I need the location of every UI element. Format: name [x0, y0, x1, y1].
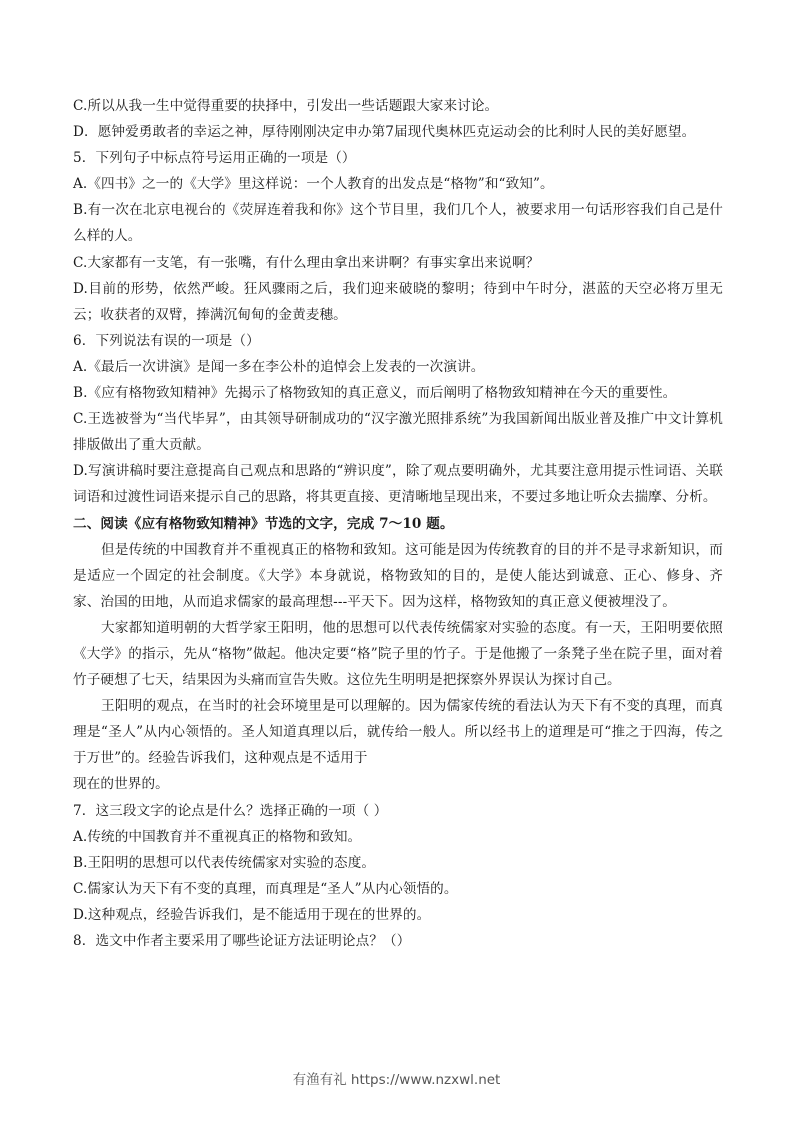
q5-stem: 5．下列句子中标点符号运用正确的一项是（） — [73, 145, 723, 171]
q6-option-a: A.《最后一次讲演》是闻一多在李公朴的追悼会上发表的一次演讲。 — [73, 354, 723, 380]
q4-option-c: C.所以从我一生中觉得重要的抉择中，引发出一些话题跟大家来讨论。 — [73, 93, 723, 119]
q7-option-c: C.儒家认为天下有不变的真理，而真理是“圣人”从内心领悟的。 — [73, 876, 723, 902]
q4-option-d: D．愿钟爱勇敢者的幸运之神，厚待刚刚决定申办第7届现代奥林匹克运动会的比利时人民… — [73, 119, 723, 145]
passage-paragraph-1: 但是传统的中国教育并不重视真正的格物和致知。这可能是因为传统教育的目的并不是寻求… — [73, 537, 723, 615]
q7-option-b: B.王阳明的思想可以代表传统儒家对实验的态度。 — [73, 850, 723, 876]
q5-option-d: D.目前的形势，依然严峻。狂风骤雨之后，我们迎来破晓的黎明；待到中午时分，湛蓝的… — [73, 276, 723, 328]
q6-option-b: B.《应有格物致知精神》先揭示了格物致知的真正意义，而后阐明了格物致知精神在今天… — [73, 380, 723, 406]
document-page: C.所以从我一生中觉得重要的抉择中，引发出一些话题跟大家来讨论。 D．愿钟爱勇敢… — [73, 93, 723, 954]
q7-stem: 7．这三段文字的论点是什么？选择正确的一项（ ） — [73, 798, 723, 824]
passage-paragraph-3-tail: 现在的世界的。 — [73, 771, 723, 797]
q8-stem: 8．选文中作者主要采用了哪些论证方法证明论点？（） — [73, 928, 723, 954]
q7-option-a: A.传统的中国教育并不重视真正的格物和致知。 — [73, 824, 723, 850]
q6-stem: 6．下列说法有误的一项是（） — [73, 328, 723, 354]
q5-option-a: A.《四书》之一的《大学》里这样说：一个人教育的出发点是“格物”和“致知”。 — [73, 171, 723, 197]
q6-option-c: C.王选被誉为“当代毕昇”，由其领导研制成功的“汉字激光照排系统”为我国新闻出版… — [73, 406, 723, 458]
q6-option-d: D.写演讲稿时要注意提高自己观点和思路的“辨识度”，除了观点要明确外，尤其要注意… — [73, 458, 723, 510]
q7-option-d: D.这种观点，经验告诉我们，是不能适用于现在的世界的。 — [73, 902, 723, 928]
footer-watermark: 有渔有礼 https://www.nzxwl.net — [0, 1068, 793, 1088]
q5-option-b: B.有一次在北京电视台的《荧屏连着我和你》这个节目里，我们几个人，被要求用一句话… — [73, 197, 723, 249]
section-2-heading: 二、阅读《应有格物致知精神》节选的文字，完成 7～10 题。 — [73, 511, 723, 537]
passage-paragraph-3: 王阳明的观点，在当时的社会环境里是可以理解的。因为儒家传统的看法认为天下有不变的… — [73, 693, 723, 771]
q5-option-c: C.大家都有一支笔，有一张嘴，有什么理由拿出来讲啊？有事实拿出来说啊？ — [73, 250, 723, 276]
passage-paragraph-2: 大家都知道明朝的大哲学家王阳明，他的思想可以代表传统儒家对实验的态度。有一天，王… — [73, 615, 723, 693]
